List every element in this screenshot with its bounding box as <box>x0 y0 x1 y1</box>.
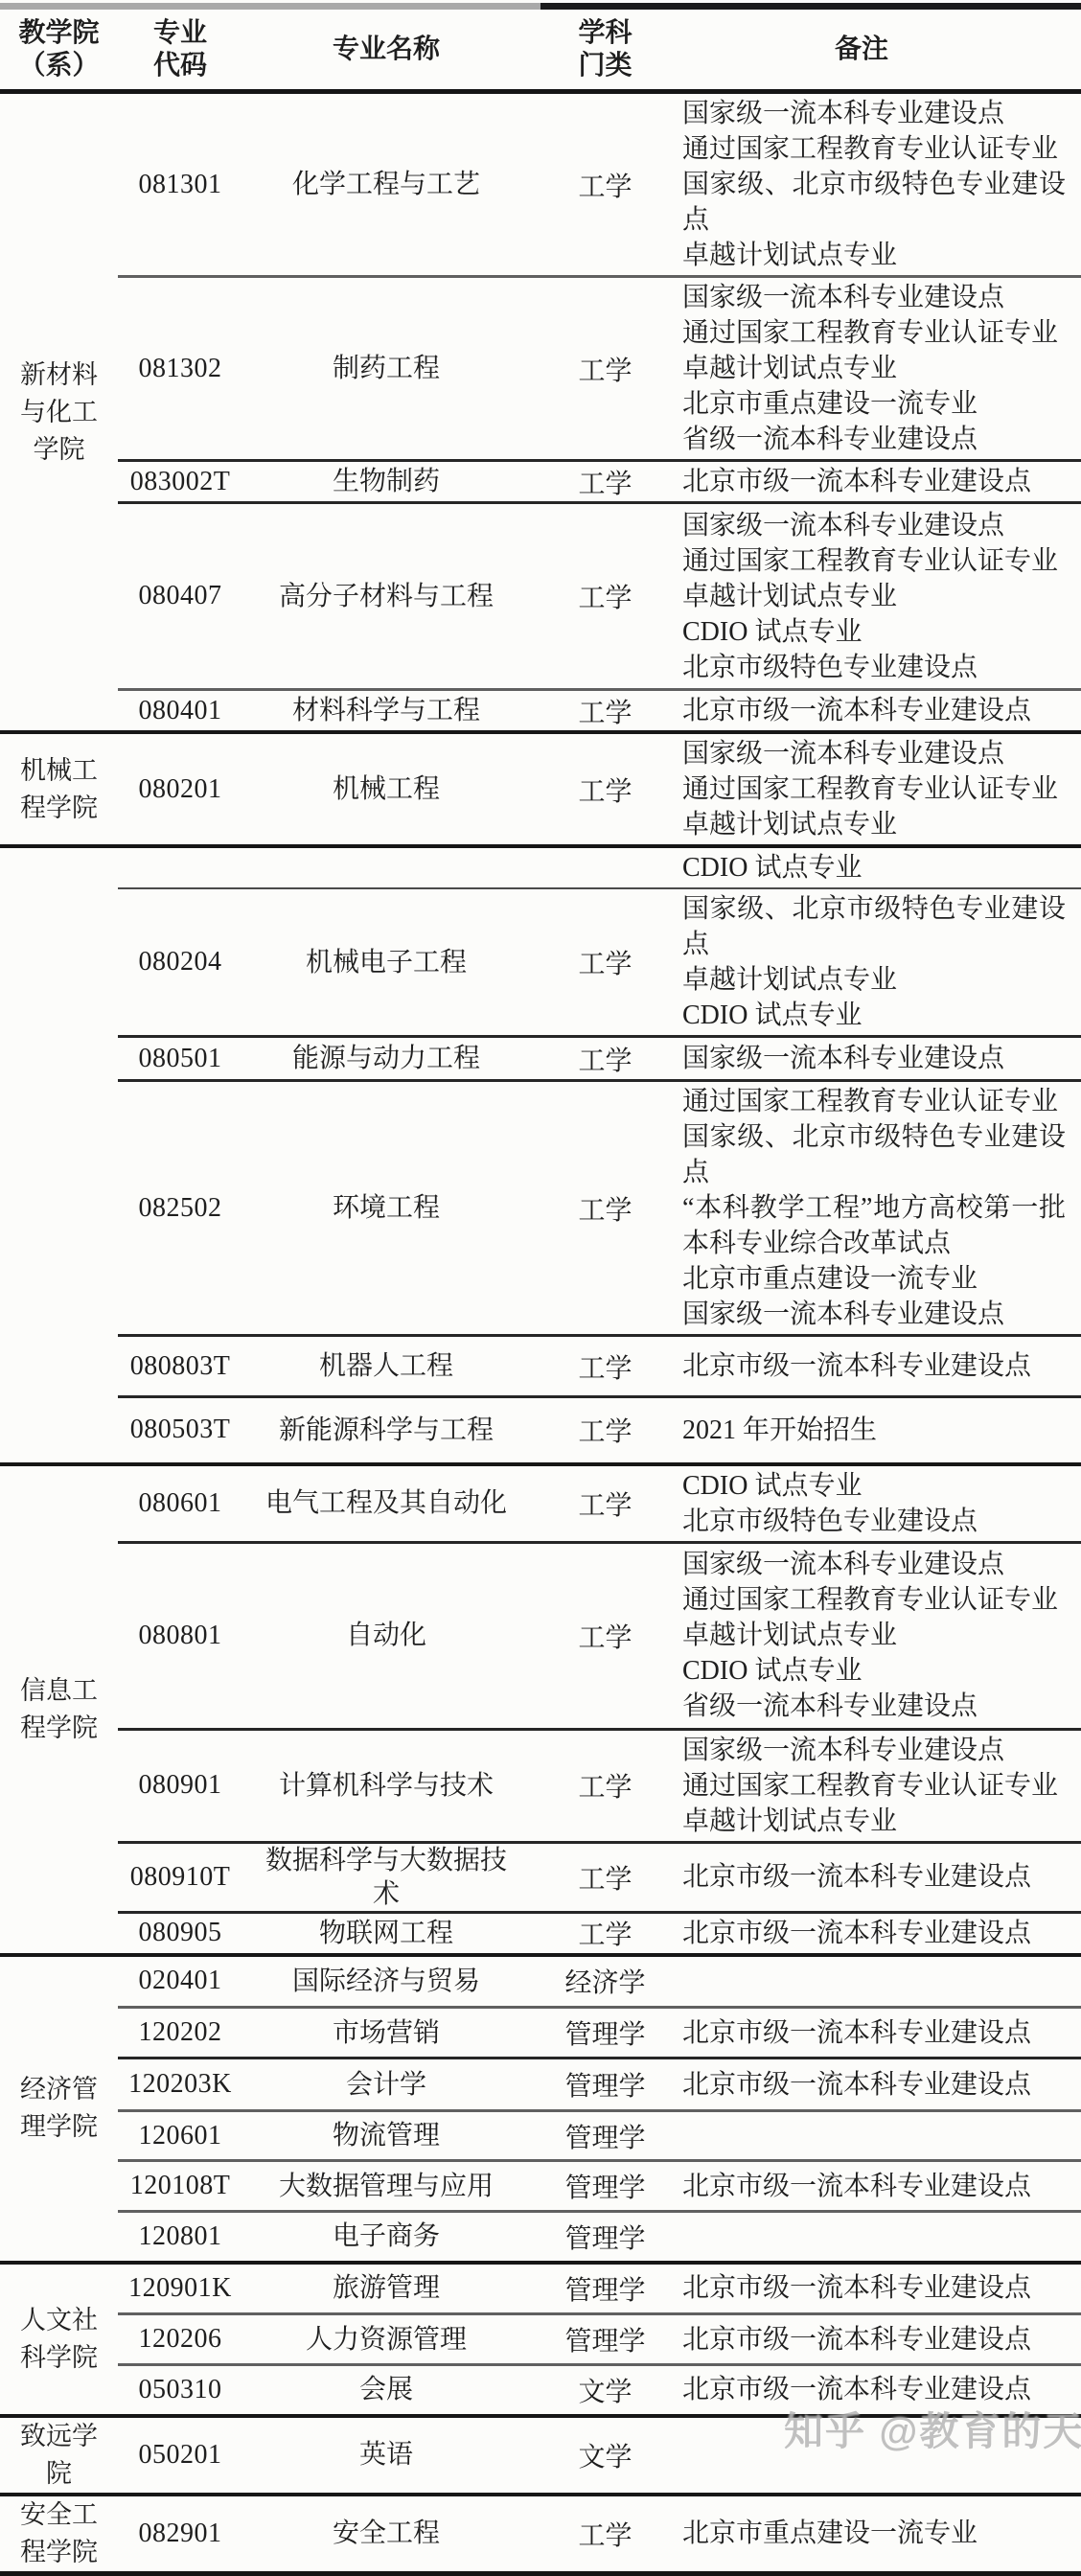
code-cell: 080901 <box>118 1729 242 1842</box>
remark-line: 卓越计划试点专业 <box>682 1618 1066 1653</box>
remark-line: 国家级、北京市级特色专业建设点 <box>682 167 1066 238</box>
name-cell: 会计学 <box>242 2058 530 2111</box>
table-row: 安全工程学院082901安全工程工学北京市重点建设一流专业 <box>0 2495 1081 2574</box>
name-cell: 机械工程 <box>242 732 530 846</box>
remark-line: 卓越计划试点专业 <box>682 962 1066 998</box>
name-cell: 英语 <box>242 2416 530 2495</box>
name-cell: 会展 <box>242 2365 530 2416</box>
remark-line: 国家级一流本科专业建设点 <box>682 1041 1066 1076</box>
remarks-cell: 国家级一流本科专业建设点通过国家工程教育专业认证专业卓越计划试点专业CDIO 试… <box>680 1542 1081 1729</box>
remark-line: 北京市重点建设一流专业 <box>682 2516 1066 2551</box>
table-row: 信息工程学院080601电气工程及其自动化工学CDIO 试点专业北京市级特色专业… <box>0 1464 1081 1543</box>
code-cell: 080801 <box>118 1542 242 1729</box>
remark-line: 国家级一流本科专业建设点 <box>682 508 1066 543</box>
col-header-code: 专业 代码 <box>118 10 242 92</box>
remark-line: 通过国家工程教育专业认证专业 <box>682 315 1066 351</box>
name-cell: 物流管理 <box>242 2111 530 2161</box>
department-cell: 人文社科学院 <box>0 2263 118 2416</box>
name-cell: 计算机科学与技术 <box>242 1729 530 1842</box>
remarks-cell: 北京市级一流本科专业建设点 <box>680 1842 1081 1912</box>
remarks-cell: 北京市级一流本科专业建设点 <box>680 461 1081 503</box>
code-cell: 120108T <box>118 2161 242 2212</box>
remark-line: 国家级一流本科专业建设点 <box>682 96 1066 131</box>
name-cell: 材料科学与工程 <box>242 690 530 733</box>
table-row: 致远学院050201英语文学 <box>0 2416 1081 2495</box>
majors-table: 教学院 （系） 专业 代码 专业名称 学科 门类 备注 新材料与化工学院0813… <box>0 10 1081 2576</box>
category-cell: 工学 <box>530 1397 680 1464</box>
category-cell: 管理学 <box>530 2111 680 2161</box>
department-cell <box>0 846 118 1464</box>
code-cell: 020401 <box>118 1955 242 2008</box>
table-row: 人文社科学院120901K旅游管理管理学北京市级一流本科专业建设点 <box>0 2263 1081 2314</box>
category-cell: 文学 <box>530 2365 680 2416</box>
remarks-cell <box>680 2212 1081 2263</box>
remarks-cell: 国家级一流本科专业建设点通过国家工程教育专业认证专业国家级、北京市级特色专业建设… <box>680 92 1081 277</box>
table-body: 新材料与化工学院081301化学工程与工艺工学国家级一流本科专业建设点通过国家工… <box>0 92 1081 2574</box>
name-cell: 旅游管理 <box>242 2263 530 2314</box>
name-cell: 数据科学与大数据技术 <box>242 1842 530 1912</box>
code-cell: 083002T <box>118 461 242 503</box>
remarks-cell: 国家级、北京市级特色专业建设点卓越计划试点专业CDIO 试点专业 <box>680 888 1081 1037</box>
remarks-cell: CDIO 试点专业 <box>680 846 1081 888</box>
remark-line: 北京市重点建设一流专业 <box>682 1261 1066 1297</box>
table-row: 080910T数据科学与大数据技术工学北京市级一流本科专业建设点 <box>0 1842 1081 1912</box>
code-cell: 050310 <box>118 2365 242 2416</box>
remarks-cell: 国家级一流本科专业建设点通过国家工程教育专业认证专业卓越计划试点专业 <box>680 1729 1081 1842</box>
remark-line: 通过国家工程教育专业认证专业 <box>682 131 1066 167</box>
table-row: 080801自动化工学国家级一流本科专业建设点通过国家工程教育专业认证专业卓越计… <box>0 1542 1081 1729</box>
code-cell: 080503T <box>118 1397 242 1464</box>
document-page: 教学院 （系） 专业 代码 专业名称 学科 门类 备注 新材料与化工学院0813… <box>0 0 1081 2576</box>
col-header-remarks: 备注 <box>680 10 1081 92</box>
department-cell: 致远学院 <box>0 2416 118 2495</box>
name-cell: 环境工程 <box>242 1081 530 1336</box>
category-cell: 工学 <box>530 92 680 277</box>
category-cell: 管理学 <box>530 2058 680 2111</box>
name-cell: 电子商务 <box>242 2212 530 2263</box>
remark-line: 2021 年开始招生 <box>682 1413 1066 1448</box>
remarks-cell: 2021 年开始招生 <box>680 1397 1081 1464</box>
code-cell: 080910T <box>118 1842 242 1912</box>
header-row: 教学院 （系） 专业 代码 专业名称 学科 门类 备注 <box>0 10 1081 92</box>
department-cell: 安全工程学院 <box>0 2495 118 2574</box>
remark-line: 北京市级一流本科专业建设点 <box>682 2270 1066 2306</box>
remark-line: 国家级、北京市级特色专业建设点 <box>682 891 1066 962</box>
name-cell: 化学工程与工艺 <box>242 92 530 277</box>
code-cell: 120601 <box>118 2111 242 2161</box>
table-row: 120801电子商务管理学 <box>0 2212 1081 2263</box>
remark-line: 北京市级特色专业建设点 <box>682 650 1066 685</box>
remark-line: 卓越计划试点专业 <box>682 351 1066 386</box>
code-cell: 080905 <box>118 1912 242 1955</box>
table-row: 081302制药工程工学国家级一流本科专业建设点通过国家工程教育专业认证专业卓越… <box>0 277 1081 461</box>
code-cell: 120206 <box>118 2314 242 2365</box>
code-cell: 080601 <box>118 1464 242 1543</box>
category-cell: 工学 <box>530 690 680 733</box>
remark-line: 国家级一流本科专业建设点 <box>682 1733 1066 1768</box>
remarks-cell: 北京市级一流本科专业建设点 <box>680 2314 1081 2365</box>
table-row: 080204机械电子工程工学国家级、北京市级特色专业建设点卓越计划试点专业CDI… <box>0 888 1081 1037</box>
category-cell: 工学 <box>530 1912 680 1955</box>
remarks-cell: 通过国家工程教育专业认证专业国家级、北京市级特色专业建设点“本科教学工程”地方高… <box>680 1081 1081 1336</box>
remark-line: 北京市级一流本科专业建设点 <box>682 2322 1066 2357</box>
remark-line: 通过国家工程教育专业认证专业 <box>682 771 1066 807</box>
department-cell: 新材料与化工学院 <box>0 92 118 733</box>
table-row: 080407高分子材料与工程工学国家级一流本科专业建设点通过国家工程教育专业认证… <box>0 503 1081 690</box>
remark-line: 北京市级特色专业建设点 <box>682 1504 1066 1539</box>
remark-line: 国家级一流本科专业建设点 <box>682 736 1066 771</box>
remark-line: 通过国家工程教育专业认证专业 <box>682 1582 1066 1618</box>
code-cell: 081302 <box>118 277 242 461</box>
remarks-cell <box>680 1955 1081 2008</box>
remark-line: 国家级一流本科专业建设点 <box>682 280 1066 315</box>
remark-line: 卓越计划试点专业 <box>682 579 1066 614</box>
table-row: CDIO 试点专业 <box>0 846 1081 888</box>
category-cell: 工学 <box>530 732 680 846</box>
department-cell: 信息工程学院 <box>0 1464 118 1955</box>
code-cell: 080407 <box>118 503 242 690</box>
remarks-cell: 北京市级一流本科专业建设点 <box>680 2161 1081 2212</box>
remarks-cell: 北京市级一流本科专业建设点 <box>680 2008 1081 2058</box>
remark-line: 省级一流本科专业建设点 <box>682 1689 1066 1724</box>
name-cell: 生物制药 <box>242 461 530 503</box>
category-cell: 管理学 <box>530 2314 680 2365</box>
code-cell: 120202 <box>118 2008 242 2058</box>
remark-line: 北京市级一流本科专业建设点 <box>682 2372 1066 2407</box>
table-row: 机械工程学院080201机械工程工学国家级一流本科专业建设点通过国家工程教育专业… <box>0 732 1081 846</box>
category-cell: 管理学 <box>530 2008 680 2058</box>
category-cell: 工学 <box>530 1336 680 1397</box>
category-cell: 文学 <box>530 2416 680 2495</box>
remarks-cell <box>680 2416 1081 2495</box>
category-cell: 管理学 <box>530 2212 680 2263</box>
remark-line: CDIO 试点专业 <box>682 614 1066 650</box>
table-row: 经济管理学院020401国际经济与贸易经济学 <box>0 1955 1081 2008</box>
category-cell: 经济学 <box>530 1955 680 2008</box>
code-cell <box>118 846 242 888</box>
remarks-cell: 国家级一流本科专业建设点通过国家工程教育专业认证专业卓越计划试点专业北京市重点建… <box>680 277 1081 461</box>
col-header-department: 教学院 （系） <box>0 10 118 92</box>
name-cell: 机器人工程 <box>242 1336 530 1397</box>
department-cell: 机械工程学院 <box>0 732 118 846</box>
remarks-cell: 北京市重点建设一流专业 <box>680 2495 1081 2574</box>
remarks-cell: CDIO 试点专业北京市级特色专业建设点 <box>680 1464 1081 1543</box>
name-cell: 物联网工程 <box>242 1912 530 1955</box>
table-row: 050310会展文学北京市级一流本科专业建设点 <box>0 2365 1081 2416</box>
remark-line: CDIO 试点专业 <box>682 1653 1066 1689</box>
table-row: 新材料与化工学院081301化学工程与工艺工学国家级一流本科专业建设点通过国家工… <box>0 92 1081 277</box>
category-cell: 工学 <box>530 888 680 1037</box>
code-cell: 082901 <box>118 2495 242 2574</box>
name-cell: 大数据管理与应用 <box>242 2161 530 2212</box>
category-cell: 管理学 <box>530 2263 680 2314</box>
code-cell: 080401 <box>118 690 242 733</box>
remark-line: 通过国家工程教育专业认证专业 <box>682 1768 1066 1804</box>
remarks-cell: 国家级一流本科专业建设点通过国家工程教育专业认证专业卓越计划试点专业CDIO 试… <box>680 503 1081 690</box>
code-cell: 120203K <box>118 2058 242 2111</box>
remark-line: CDIO 试点专业 <box>682 1468 1066 1504</box>
name-cell: 自动化 <box>242 1542 530 1729</box>
name-cell: 安全工程 <box>242 2495 530 2574</box>
remark-line: 北京市重点建设一流专业 <box>682 386 1066 422</box>
category-cell: 工学 <box>530 1464 680 1543</box>
table-top-rule <box>0 3 1081 10</box>
category-cell: 管理学 <box>530 2161 680 2212</box>
category-cell: 工学 <box>530 1542 680 1729</box>
category-cell: 工学 <box>530 1842 680 1912</box>
table-row: 120202市场营销管理学北京市级一流本科专业建设点 <box>0 2008 1081 2058</box>
name-cell: 制药工程 <box>242 277 530 461</box>
name-cell: 电气工程及其自动化 <box>242 1464 530 1543</box>
remarks-cell: 北京市级一流本科专业建设点 <box>680 2058 1081 2111</box>
table-row: 080901计算机科学与技术工学国家级一流本科专业建设点通过国家工程教育专业认证… <box>0 1729 1081 1842</box>
remark-line: CDIO 试点专业 <box>682 850 1066 885</box>
code-cell: 120901K <box>118 2263 242 2314</box>
code-cell: 120801 <box>118 2212 242 2263</box>
category-cell: 工学 <box>530 1037 680 1081</box>
remark-line: 通过国家工程教育专业认证专业 <box>682 1084 1066 1119</box>
code-cell: 080803T <box>118 1336 242 1397</box>
category-cell: 工学 <box>530 1081 680 1336</box>
code-cell: 050201 <box>118 2416 242 2495</box>
remarks-cell: 北京市级一流本科专业建设点 <box>680 2365 1081 2416</box>
name-cell: 能源与动力工程 <box>242 1037 530 1081</box>
remarks-cell: 国家级一流本科专业建设点通过国家工程教育专业认证专业卓越计划试点专业 <box>680 732 1081 846</box>
col-header-category: 学科 门类 <box>530 10 680 92</box>
remark-line: 北京市级一流本科专业建设点 <box>682 2169 1066 2204</box>
remark-line: 卓越计划试点专业 <box>682 238 1066 273</box>
code-cell: 080501 <box>118 1037 242 1081</box>
remark-line: 卓越计划试点专业 <box>682 1804 1066 1839</box>
category-cell <box>530 846 680 888</box>
remark-line: “本科教学工程”地方高校第一批本科专业综合改革试点 <box>682 1190 1066 1261</box>
remark-line: 北京市级一流本科专业建设点 <box>682 693 1066 728</box>
remark-line: CDIO 试点专业 <box>682 998 1066 1033</box>
table-row: 083002T生物制药工学北京市级一流本科专业建设点 <box>0 461 1081 503</box>
table-row: 082502环境工程工学通过国家工程教育专业认证专业国家级、北京市级特色专业建设… <box>0 1081 1081 1336</box>
remark-line: 北京市级一流本科专业建设点 <box>682 464 1066 499</box>
remark-line: 北京市级一流本科专业建设点 <box>682 2015 1066 2051</box>
category-cell: 工学 <box>530 2495 680 2574</box>
remarks-cell: 北京市级一流本科专业建设点 <box>680 1336 1081 1397</box>
remark-line: 北京市级一流本科专业建设点 <box>682 1916 1066 1951</box>
table-row: 080503T新能源科学与工程工学2021 年开始招生 <box>0 1397 1081 1464</box>
remark-line: 国家级、北京市级特色专业建设点 <box>682 1119 1066 1190</box>
category-cell: 工学 <box>530 277 680 461</box>
department-cell: 经济管理学院 <box>0 1955 118 2263</box>
table-row: 080401材料科学与工程工学北京市级一流本科专业建设点 <box>0 690 1081 733</box>
remarks-cell: 北京市级一流本科专业建设点 <box>680 2263 1081 2314</box>
remark-line: 北京市级一流本科专业建设点 <box>682 1348 1066 1384</box>
remark-line: 通过国家工程教育专业认证专业 <box>682 543 1066 579</box>
col-header-name: 专业名称 <box>242 10 530 92</box>
remark-line: 北京市级一流本科专业建设点 <box>682 2067 1066 2103</box>
name-cell <box>242 846 530 888</box>
category-cell: 工学 <box>530 461 680 503</box>
code-cell: 082502 <box>118 1081 242 1336</box>
table-row: 080905物联网工程工学北京市级一流本科专业建设点 <box>0 1912 1081 1955</box>
remarks-cell: 国家级一流本科专业建设点 <box>680 1037 1081 1081</box>
table-row: 080501能源与动力工程工学国家级一流本科专业建设点 <box>0 1037 1081 1081</box>
name-cell: 国际经济与贸易 <box>242 1955 530 2008</box>
table-row: 080803T机器人工程工学北京市级一流本科专业建设点 <box>0 1336 1081 1397</box>
remarks-cell: 北京市级一流本科专业建设点 <box>680 690 1081 733</box>
remarks-cell <box>680 2111 1081 2161</box>
table-row: 120206人力资源管理管理学北京市级一流本科专业建设点 <box>0 2314 1081 2365</box>
name-cell: 市场营销 <box>242 2008 530 2058</box>
remark-line: 省级一流本科专业建设点 <box>682 422 1066 457</box>
code-cell: 080201 <box>118 732 242 846</box>
table-row: 120601物流管理管理学 <box>0 2111 1081 2161</box>
name-cell: 高分子材料与工程 <box>242 503 530 690</box>
code-cell: 081301 <box>118 92 242 277</box>
name-cell: 机械电子工程 <box>242 888 530 1037</box>
name-cell: 新能源科学与工程 <box>242 1397 530 1464</box>
remarks-cell: 北京市级一流本科专业建设点 <box>680 1912 1081 1955</box>
code-cell: 080204 <box>118 888 242 1037</box>
remark-line: 国家级一流本科专业建设点 <box>682 1297 1066 1332</box>
category-cell: 工学 <box>530 1729 680 1842</box>
category-cell: 工学 <box>530 503 680 690</box>
remark-line: 国家级一流本科专业建设点 <box>682 1547 1066 1582</box>
table-row: 120203K会计学管理学北京市级一流本科专业建设点 <box>0 2058 1081 2111</box>
remark-line: 卓越计划试点专业 <box>682 807 1066 842</box>
name-cell: 人力资源管理 <box>242 2314 530 2365</box>
table-row: 120108T大数据管理与应用管理学北京市级一流本科专业建设点 <box>0 2161 1081 2212</box>
remark-line: 北京市级一流本科专业建设点 <box>682 1859 1066 1895</box>
